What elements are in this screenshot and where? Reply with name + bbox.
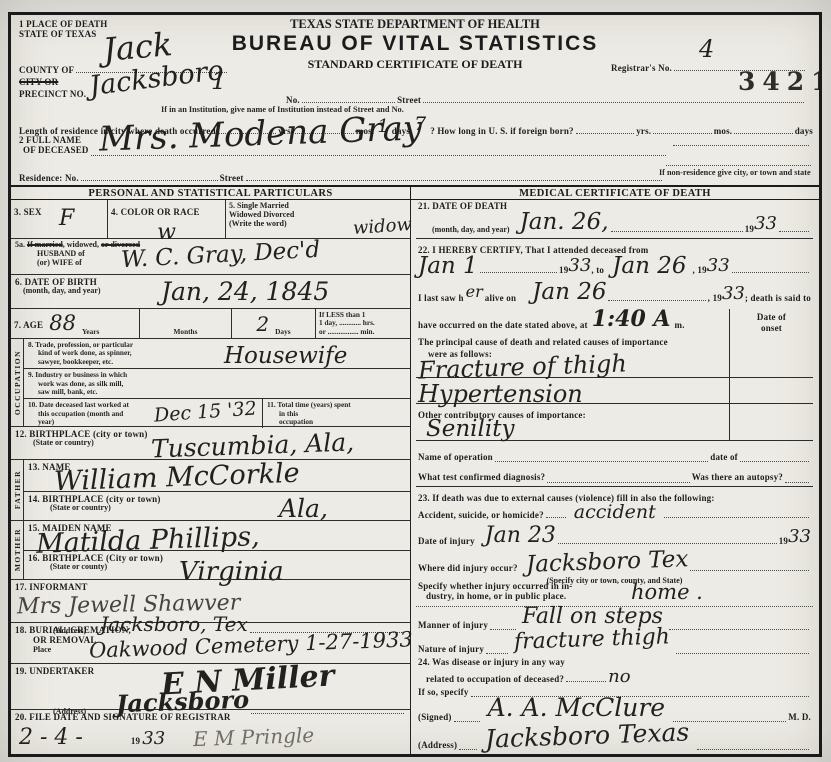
last-saw-dots <box>608 287 705 301</box>
accident-line: Accident, suicide, or homicide? accident <box>416 502 813 527</box>
accident-dots-1 <box>546 504 566 518</box>
informant-address-value: Jacksboro, Tex <box>100 614 248 634</box>
cause-of-death-block: have occurred on the date stated above, … <box>416 309 813 441</box>
external-causes-line: 23. If death was due to external causes … <box>416 487 813 502</box>
file-date-value: 2 - 4 - <box>19 727 83 749</box>
certify-statement: 22. I HEREBY CERTIFY, That I attended de… <box>416 239 813 254</box>
field-sex: 3. SEX F <box>11 200 107 238</box>
onset-label-line2: onset <box>730 323 813 333</box>
spouse-prefix: 5a. <box>15 240 25 249</box>
father-fields: 13. NAME William McCorkle 14. BIRTHPLACE… <box>24 460 410 520</box>
birthplace-value: Tuscumbia, Ala, <box>151 429 355 461</box>
accident-label: Accident, suicide, or homicide? <box>418 510 544 520</box>
onset-label-line1: Date of <box>730 312 813 322</box>
attended-dates-line: Jan 1 19 33 , to Jan 26 , 19 33 <box>416 254 813 282</box>
field-birthplace: 12. BIRTHPLACE (city or town) (State or … <box>11 427 410 460</box>
foreign-yrs-line <box>576 120 634 134</box>
last-saw-date: Jan 26 <box>532 281 606 304</box>
attended-dots-1 <box>480 260 557 274</box>
registrar-number-label: Registrar's No. <box>611 63 672 73</box>
occupation-related-dots <box>566 668 606 682</box>
certificate-header: 1 PLACE OF DEATH STATE OF TEXAS TEXAS ST… <box>11 15 819 185</box>
injury-where-value: Jacksboro Tex <box>525 548 688 577</box>
medical-column: 21. DATE OF DEATH (month, day, and year)… <box>411 200 819 754</box>
field-industry: 9. Industry or business in which work wa… <box>24 369 410 399</box>
foreign-mos-label: mos. <box>714 126 733 136</box>
date-of-death-value: Jan. 26, <box>520 211 609 234</box>
certificate-sheet: 1 PLACE OF DEATH STATE OF TEXAS TEXAS ST… <box>8 12 822 757</box>
injury-where-label: Where did injury occur? <box>418 563 518 573</box>
occurred-label: have occurred on the date stated above, … <box>418 320 588 330</box>
mother-birthplace-value: Virginia <box>179 559 284 585</box>
spouse-struck-if-married: If married <box>27 240 63 249</box>
accident-value: accident <box>574 503 656 522</box>
injury-where-dots <box>690 557 809 571</box>
age-days-cell: 2 Days <box>231 309 315 338</box>
operation-dots <box>495 448 708 462</box>
occupation-fields: 8. Trade, profession, or particular kind… <box>24 339 410 426</box>
injury-place-line2: dustry, in home, or in public place. <box>426 591 811 601</box>
last-saw-line: I last saw h er alive on Jan 26 , 19 33 … <box>416 282 813 310</box>
medical-section-title: MEDICAL CERTIFICATE OF DEATH <box>411 187 819 199</box>
attended-to-label: , to <box>591 265 604 275</box>
test-autopsy-line: What test confirmed diagnosis? Was there… <box>416 465 813 487</box>
field-total-time: 11. Total time (years) spent in this occ… <box>262 399 410 428</box>
father-group: FATHER 13. NAME William McCorkle 14. BIR… <box>11 460 410 521</box>
manner-label: Manner of injury <box>418 620 488 630</box>
sex-value: F <box>59 208 74 230</box>
sex-label: 3. SEX <box>14 207 42 217</box>
attended-dots-2 <box>732 260 809 274</box>
age-less-than-day-cell: If LESS than 1 1 day, ............ hrs. … <box>315 309 410 338</box>
marital-value: widow <box>353 216 413 238</box>
residence-street-label: Street <box>220 173 244 183</box>
autopsy-label: Was there an autopsy? <box>692 472 783 482</box>
date-of-death-line: (month, day, and year) Jan. 26, 19 33 <box>418 214 811 237</box>
last-saw-year-value: 33 <box>722 285 745 303</box>
foreign-mos-line <box>653 120 711 134</box>
physician-address-dots-2 <box>697 736 809 750</box>
nature-of-injury-line: Nature of injury fracture thigh <box>416 632 813 656</box>
operation-date-dots <box>740 448 809 462</box>
file-date-year-value: 33 <box>142 730 165 748</box>
last-saw-prefix: I last saw h <box>418 293 464 303</box>
physician-address-label: (Address) <box>418 740 457 750</box>
dod-dots-2 <box>779 219 809 233</box>
scan-background: 1 PLACE OF DEATH STATE OF TEXAS TEXAS ST… <box>0 0 831 762</box>
injury-place-line1: Specify whether injury occurred in in- <box>418 581 811 591</box>
color-race-value: w <box>111 222 222 244</box>
dod-year-value: 33 <box>754 215 777 233</box>
mother-vertical-strip: MOTHER <box>11 521 24 579</box>
field-date-of-death: 21. DATE OF DEATH (month, day, and year)… <box>416 200 813 239</box>
nature-value: fracture thigh <box>514 627 671 654</box>
certificate-body: 3. SEX F 4. COLOR OR RACE w 5. Single Ma… <box>11 200 819 754</box>
residence-label: Residence: No. <box>19 173 79 183</box>
personal-section-title: PERSONAL AND STATISTICAL PARTICULARS <box>11 187 411 199</box>
time-of-death-value: 1:40 A <box>592 308 671 330</box>
dob-value: Jan, 24, 1845 <box>161 279 329 304</box>
full-name-label-1: 2 FULL NAME <box>19 135 81 145</box>
physician-signature-value: A. A. McClure <box>488 695 665 720</box>
nature-dots-2 <box>676 641 809 655</box>
field-age: 7. AGE 88 Years Months 2 Days If LESS th… <box>11 309 410 339</box>
father-vertical-strip: FATHER <box>11 460 24 520</box>
street-no-line <box>302 89 395 103</box>
full-name-label-2: OF DECEASED <box>23 145 89 155</box>
attended-to-value: Jan 26 <box>612 255 686 278</box>
field-date-of-birth: 6. DATE OF BIRTH (month, day, and year) … <box>11 275 410 309</box>
age-label: 7. AGE <box>14 320 43 330</box>
personal-column: 3. SEX F 4. COLOR OR RACE w 5. Single Ma… <box>11 200 411 754</box>
date-of-death-sub: (month, day, and year) <box>432 226 510 235</box>
field-father-name: 13. NAME William McCorkle <box>24 460 410 492</box>
attended-from-value: Jan 1 <box>418 255 478 278</box>
age-months-cell: Months <box>139 309 231 338</box>
occupation-related-line: 24. Was disease or injury in any way rel… <box>416 656 813 682</box>
field-color-race: 4. COLOR OR RACE w <box>107 200 225 238</box>
last-saw-year-printed: , 19 <box>708 293 722 303</box>
attended-year2-value: 33 <box>707 257 730 275</box>
field-mother-maiden-name: 15. MAIDEN NAME Matilda Phillips, <box>24 521 410 551</box>
injury-date-year-printed: 19 <box>779 536 788 546</box>
full-name-value: Mrs. Modena Gray <box>99 111 423 156</box>
foreign-days-label: days <box>795 126 813 136</box>
mother-vertical-label: MOTHER <box>13 528 22 571</box>
street-number-field: No. Street <box>286 89 806 105</box>
foreign-days-line <box>734 120 792 134</box>
file-date-line: 2 - 4 - 19 33 E M Pringle <box>15 727 406 749</box>
physician-address-dots-1 <box>459 736 477 750</box>
signed-dots-1 <box>454 708 480 722</box>
field-trade: 8. Trade, profession, or particular kind… <box>24 339 410 369</box>
total-time-line3: occupation <box>279 418 406 426</box>
precinct-label: PRECINCT NO. <box>19 89 86 99</box>
operation-label: Name of operation <box>418 452 493 462</box>
field-registrar-signature: 20. FILE DATE AND SIGNATURE OF REGISTRAR… <box>11 710 410 754</box>
physician-address-line: (Address) Jacksboro Texas <box>416 724 813 754</box>
nonresidence-line <box>673 145 809 146</box>
last-saw-mid: alive on <box>485 293 516 303</box>
occupation-related-value: no <box>608 668 630 686</box>
date-of-onset-box: Date of onset <box>729 309 813 441</box>
field-undertaker: 19. UNDERTAKER E N Miller (Address) Jack… <box>11 664 410 710</box>
autopsy-dots <box>785 469 809 483</box>
section-title-bar: PERSONAL AND STATISTICAL PARTICULARS MED… <box>11 185 819 200</box>
spouse-mid: , widowed, <box>63 240 99 249</box>
field-spouse: 5a. If married, widowed, or divorced HUS… <box>11 239 410 275</box>
father-birthplace-value: Ala, <box>279 496 328 521</box>
row-sex-race-marital: 3. SEX F 4. COLOR OR RACE w 5. Single Ma… <box>11 200 410 239</box>
age-years-label: Years <box>82 328 99 336</box>
county-value: Jack <box>102 28 174 66</box>
age-days-value: 2 <box>256 314 269 334</box>
injury-date-dots <box>558 531 777 545</box>
street-label: Street <box>397 95 421 105</box>
occupation-vertical-label: OCCUPATION <box>13 350 22 415</box>
injury-place-type-line: Specify whether injury occurred in in- d… <box>416 580 813 608</box>
cause-2-value: Hypertension <box>418 380 583 408</box>
residence-street-line <box>246 167 662 181</box>
registrar-signature-value: E M Pringle <box>193 725 315 749</box>
certificate-number-stamp: 3421 <box>738 67 819 96</box>
father-name-value: William McCorkle <box>54 460 300 496</box>
injury-date-year-value: 33 <box>788 528 811 546</box>
occurred-m-label: m. <box>675 320 685 330</box>
injury-where-line: Where did injury occur? Jacksboro Tex (S… <box>416 552 813 580</box>
injury-date-label: Date of injury <box>418 536 475 546</box>
row-last-worked: 10. Date deceased last worked at this oc… <box>24 399 410 428</box>
contributory-value: Senility <box>426 416 515 442</box>
operation-line: Name of operation date of <box>416 441 813 465</box>
trade-line3: sawyer, bookkeeper, etc. <box>38 358 406 366</box>
md-label: M. D. <box>788 712 811 722</box>
precinct-number-value: 1 <box>211 69 226 93</box>
dod-dots <box>611 219 743 233</box>
accident-dots-2 <box>664 504 809 518</box>
residence-field: Residence: No. Street <box>19 167 664 183</box>
age-months-label: Months <box>174 328 198 336</box>
attended-year2-printed: , 19 <box>692 265 706 275</box>
physician-address-value: Jacksboro Texas <box>485 719 690 751</box>
age-years-cell: 7. AGE 88 Years <box>11 309 139 338</box>
if-so-specify-label: If so, specify <box>418 687 469 697</box>
manner-dots-2 <box>669 617 809 631</box>
nonresidence-line-2 <box>666 165 811 166</box>
attended-year1-value: 33 <box>568 257 591 275</box>
foreign-born-label: ? How long in U. S. if foreign born? <box>430 126 574 136</box>
injury-place-value: home . <box>631 582 703 603</box>
file-date-year-printed: 19 <box>131 736 140 746</box>
trade-value: Housewife <box>224 345 347 368</box>
less-than-line3: or ................. min. <box>319 328 407 336</box>
age-days-label: Days <box>275 328 290 336</box>
industry-line3: saw mill, bank, etc. <box>38 388 406 396</box>
last-saw-suffix: ; death is said to <box>745 293 811 303</box>
last-saw-her: er <box>466 284 483 300</box>
foreign-yrs-label: yrs. <box>636 126 651 136</box>
field-last-worked: 10. Date deceased last worked at this oc… <box>24 399 262 428</box>
manner-dots-1 <box>490 617 516 631</box>
city-or-label-struck: CITY OR <box>19 77 58 87</box>
street-no-label: No. <box>286 95 300 105</box>
cause-1-value: Fracture of thigh <box>418 352 628 383</box>
mother-group: MOTHER 15. MAIDEN NAME Matilda Phillips,… <box>11 521 410 580</box>
nature-label: Nature of injury <box>418 644 484 654</box>
occupation-group: OCCUPATION 8. Trade, profession, or part… <box>11 339 410 427</box>
father-vertical-label: FATHER <box>13 470 22 509</box>
injury-date-value: Jan 23 <box>485 525 556 547</box>
father-birthplace-line2: (State or country) <box>50 504 406 513</box>
mother-fields: 15. MAIDEN NAME Matilda Phillips, 16. BI… <box>24 521 410 579</box>
test-label: What test confirmed diagnosis? <box>418 472 545 482</box>
dod-year-printed: 19 <box>745 224 754 234</box>
undertaker-address-value: Jacksboro <box>116 688 250 717</box>
residence-no-line <box>81 167 218 181</box>
occupation-vertical-strip: OCCUPATION <box>11 339 24 426</box>
operation-date-label: date of <box>710 452 738 462</box>
age-years-value: 88 <box>49 313 76 334</box>
attended-year1-printed: 19 <box>559 265 568 275</box>
scanned-death-certificate: { "common": { "year_printed": "19", "add… <box>0 0 831 762</box>
test-dots <box>547 469 689 483</box>
mother-maiden-value: Matilda Phillips, <box>36 523 260 558</box>
county-label: COUNTY OF <box>19 65 74 75</box>
date-of-death-label: 21. DATE OF DEATH <box>418 201 811 211</box>
nonresidence-note: If non-residence give city, or town and … <box>659 168 811 177</box>
color-race-label: 4. COLOR OR RACE <box>111 207 200 217</box>
nature-dots-1 <box>486 641 508 655</box>
field-marital-status: 5. Single Married Widowed Divorced (Writ… <box>225 200 410 238</box>
signed-dots-2 <box>673 708 786 722</box>
date-of-onset-label: Date of onset <box>730 309 813 333</box>
signed-label: (Signed) <box>418 712 452 722</box>
registrar-number-value: 4 <box>699 37 714 61</box>
